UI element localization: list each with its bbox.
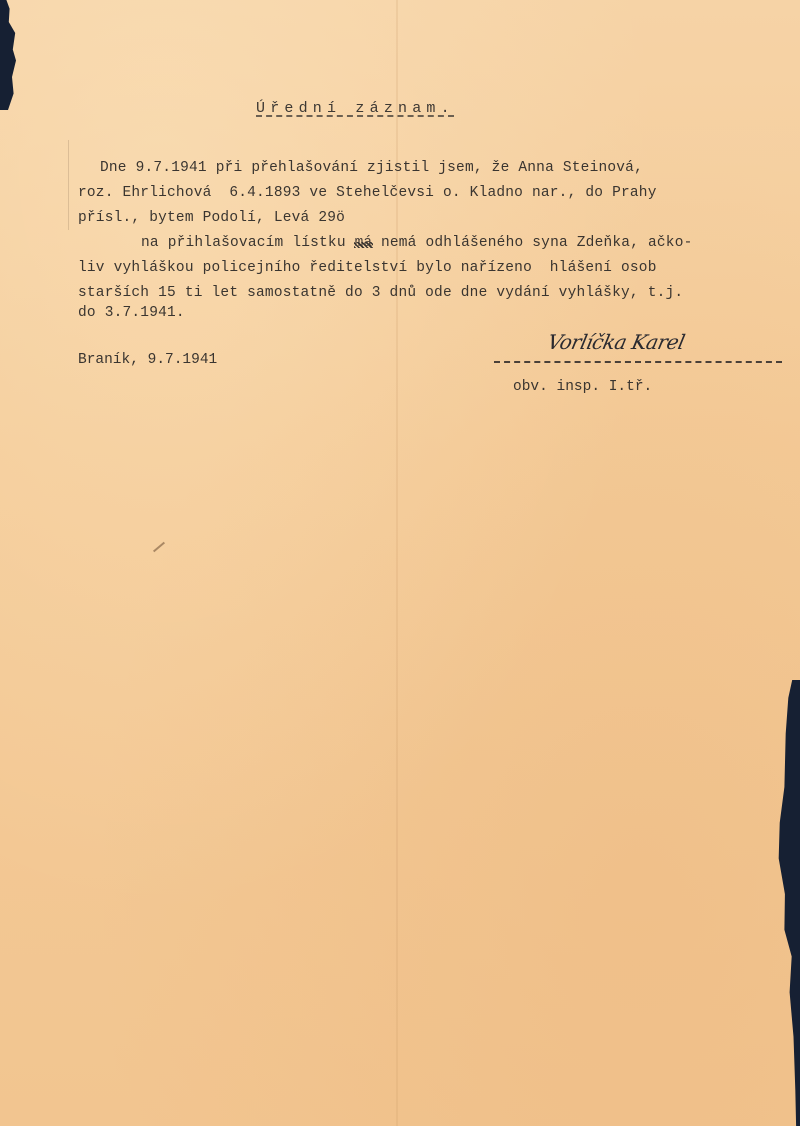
document-title: Úřední záznam. [256,100,455,117]
place-and-date: Braník, 9.7.1941 [78,352,217,368]
body-line-2: roz. Ehrlichová 6.4.1893 ve Stehelčevsi … [78,185,657,201]
struck-word: má [355,235,372,251]
body-line-1: Dne 9.7.1941 při přehlašování zjistil js… [100,160,643,176]
body-line-4-start: na přihlašovacím lístku [141,235,346,251]
document: Úřední záznam. Dne 9.7.1941 při přehlašo… [0,0,800,1126]
body-line-5: liv vyhláškou policejního ředitelství by… [78,260,657,276]
body-line-3: přísl., bytem Podolí, Levá 29ö [78,210,345,226]
body-line-6: starších 15 ti let samostatně do 3 dnů o… [78,285,683,301]
signature-line [494,361,782,363]
handwritten-signature: Vorlíčka Karel [545,330,686,354]
signatory-rank: obv. insp. I.tř. [513,379,652,395]
body-line-4-end: nemá odhlášeného syna Zdeňka, ačko- [381,235,693,251]
body-line-4: na přihlašovacím lístku má nemá odhlášen… [141,235,693,251]
body-line-7: do 3.7.1941. [78,305,185,321]
